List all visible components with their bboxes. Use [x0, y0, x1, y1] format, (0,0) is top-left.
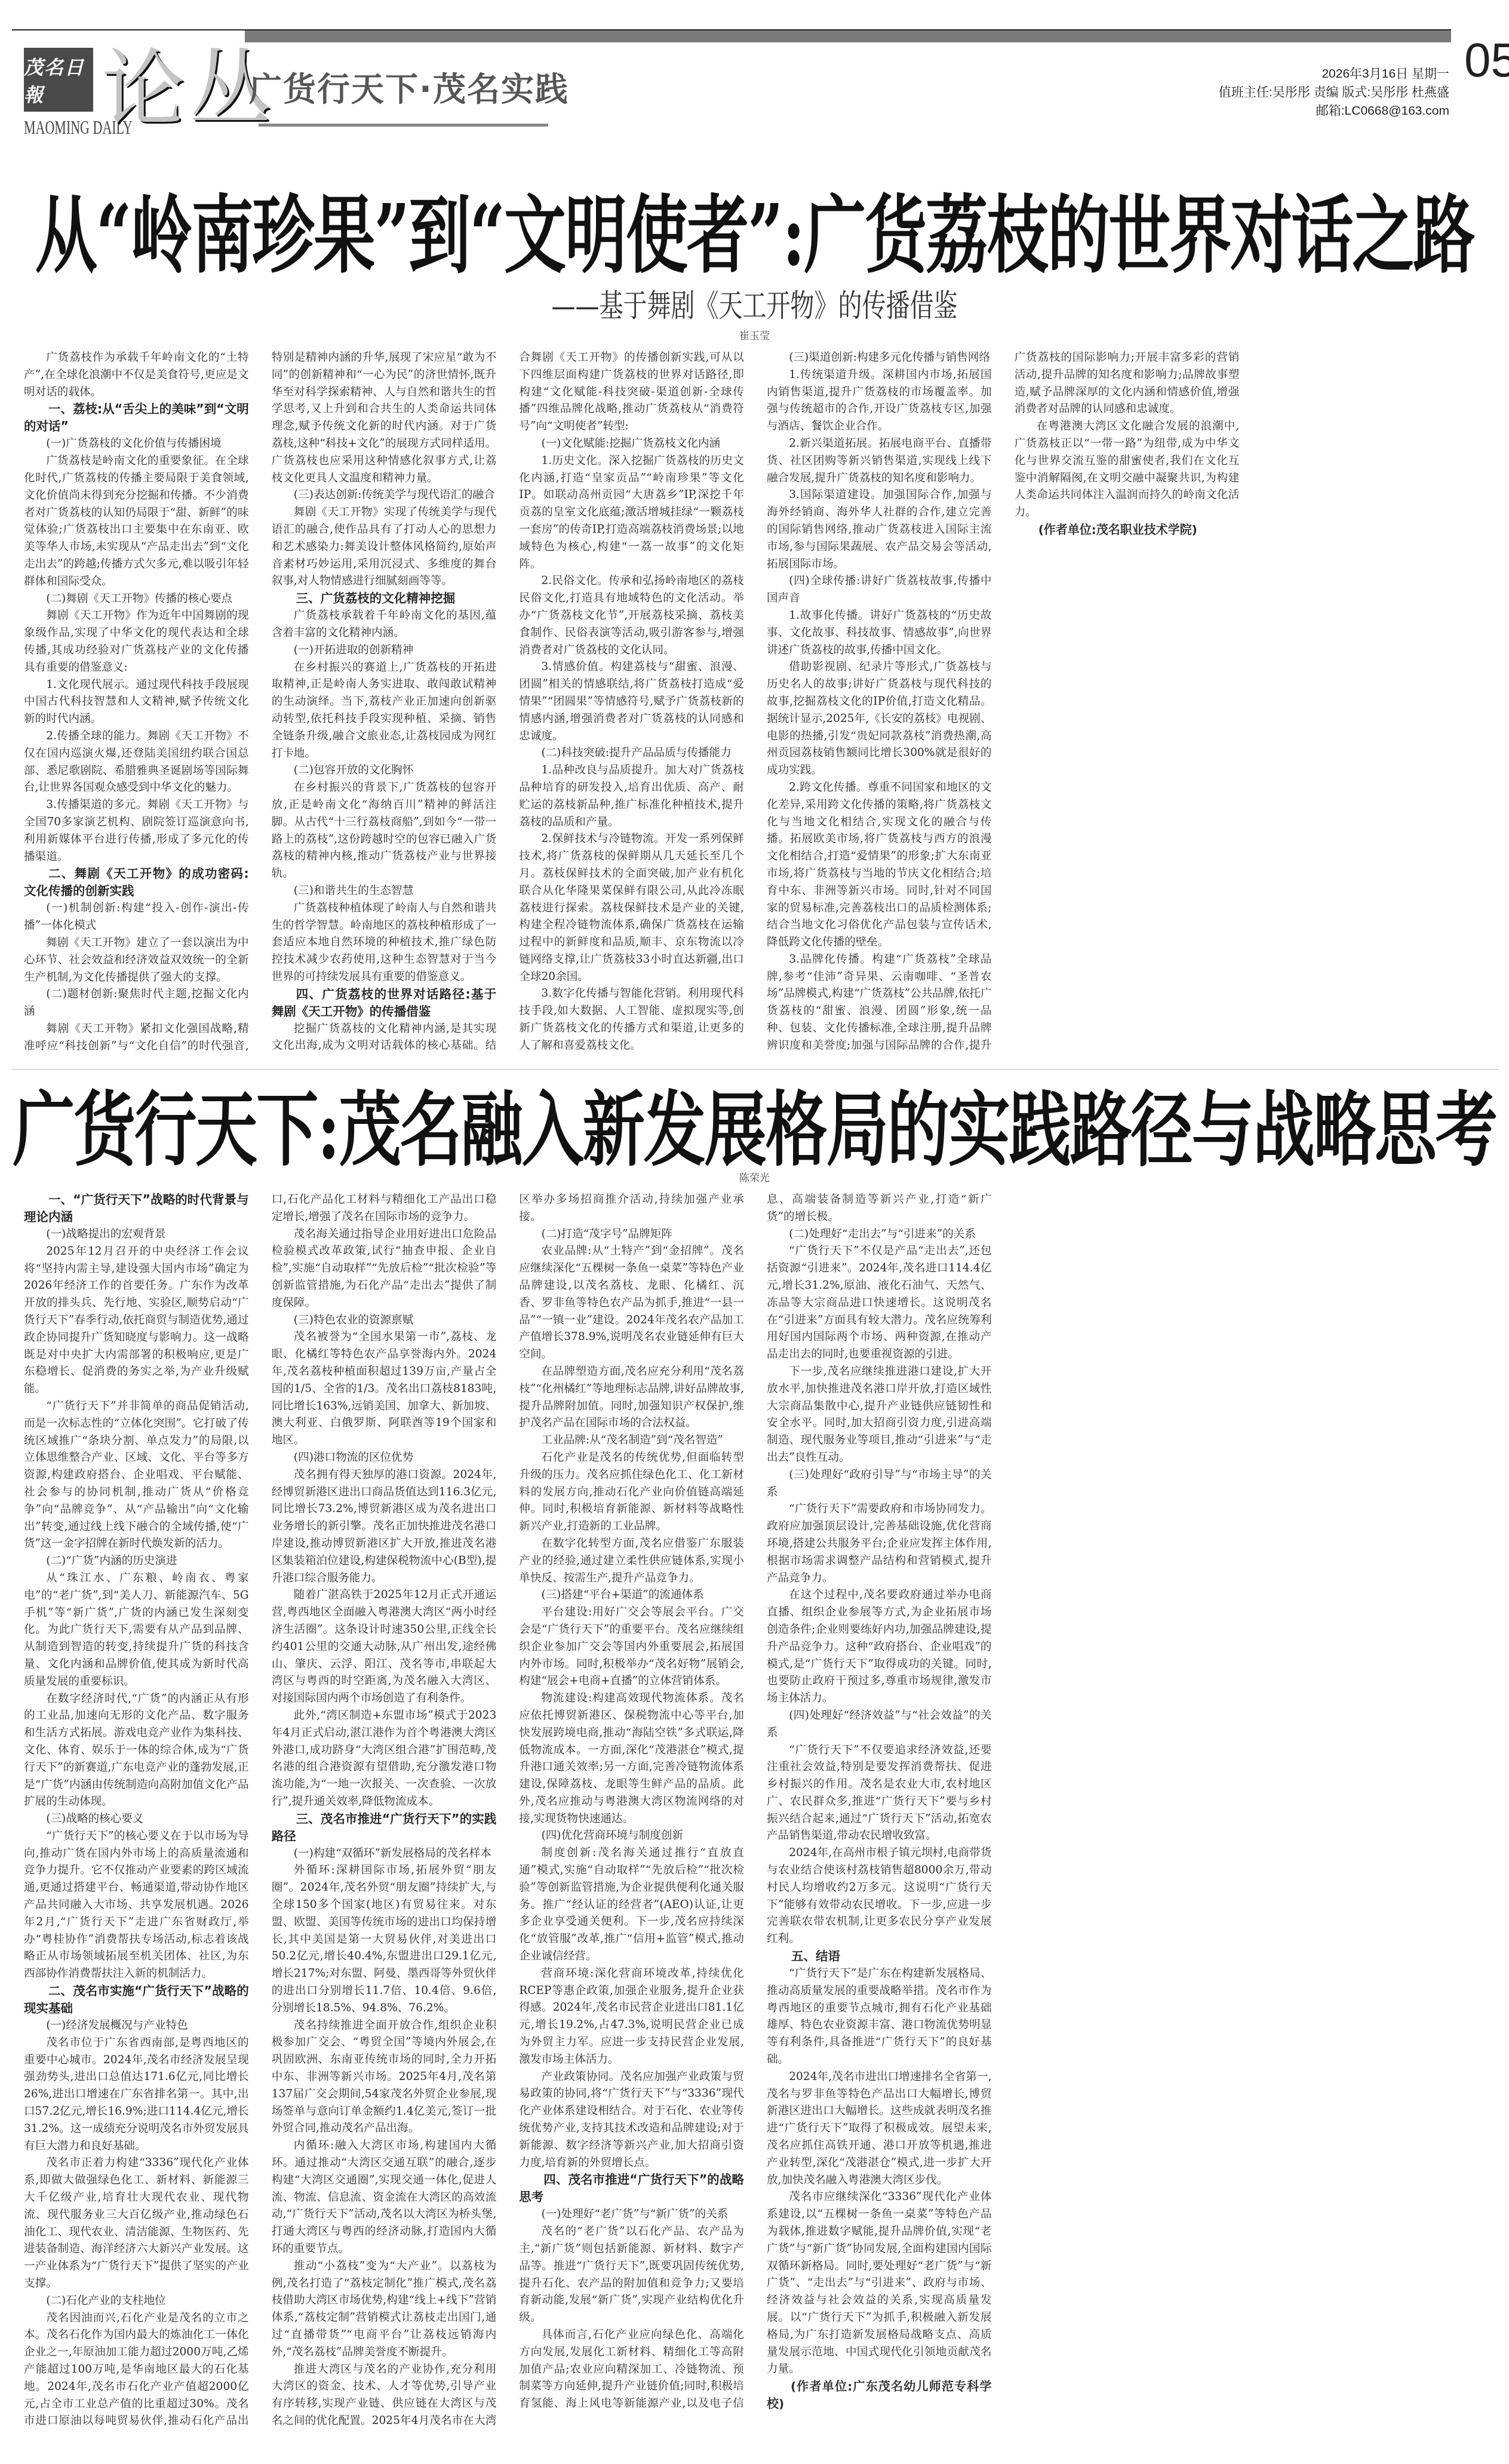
article2-paragraph: 产业政策协同。茂名应加强产业政策与贸易政策的协同,将“广货行天下”与“3336”… — [519, 2069, 744, 2172]
article1-section-heading: 四、广货荔枝的世界对话路径:基于舞剧《天工开物》的传播借鉴 — [272, 986, 497, 1021]
header-band — [245, 30, 1451, 42]
article2-paragraph: 工业品牌:从“茂名制造”到“茂名智造” — [519, 1432, 744, 1449]
article2-paragraph: 在品牌塑造方面,茂名应充分利用“茂名荔枝”“化州橘红”等地理标志品牌,讲好品牌故… — [519, 1363, 744, 1432]
article2-subheading: (三)特色农业的资源禀赋 — [272, 1312, 497, 1329]
article1-subheading: (三)渠道创新:构建多元化传播与销售网络 — [767, 349, 992, 367]
column-name: 广货行天下·茂名实践 — [248, 63, 570, 110]
article1-paragraph: 2.民俗文化。传承和弘扬岭南地区的荔枝民俗文化,打造具有地域特色的文化活动。举办… — [519, 573, 744, 659]
article1-section-heading: 三、广货荔枝的文化精神挖掘 — [272, 590, 497, 607]
article1-subheading: (一)文化赋能:挖掘广货荔枝文化内涵 — [519, 435, 744, 453]
contact-email: 邮箱:LC0668@163.com — [1219, 102, 1449, 120]
article1-section-heading: 二、舞剧《天工开物》的成功密码:文化传播的创新实践 — [24, 865, 249, 900]
article1-paragraph: 广货荔枝作为承载千年岭南文化的“土特产”,在全球化浪潮中不仅是美食符号,更应是文… — [24, 349, 249, 401]
article2-subheading: (一)构建“双循环”新发展格局的茂名样本 — [272, 1845, 497, 1863]
article2-paragraph: 石化产业是茂名的传统优势,但面临转型升级的压力。茂名应抓住绿色化工、化工新材料的… — [519, 1449, 744, 1535]
article2-subheading: (四)处理好“经济效益”与“社会效益”的关系 — [767, 1707, 992, 1742]
article1-paragraph: 借助影视剧、纪录片等形式,广货荔枝与历史名人的故事;讲好广货荔枝与现代科技的故事… — [767, 659, 992, 779]
logo-text: 茂名日報 — [24, 53, 93, 107]
article2-subheading: (二)打造“茂字号”品牌矩阵 — [519, 1226, 744, 1243]
article1-title: 从“岭南珍果”到“文明使者”:广货荔枝的世界对话之路 — [0, 179, 1509, 292]
article1-paragraph: 舞剧《天工开物》建立了一套以演出为中心环节、社会效益和经济效益双效统一的全新生产… — [24, 935, 249, 986]
article1-paragraph: 1.历史文化。深入挖掘广货荔枝的历史文化内涵,打造“皇家贡品”“岭南珍果”等文化… — [519, 453, 744, 573]
article1-subheading: (一)机制创新:构建“投入-创作-演出-传播”一体化模式 — [24, 900, 249, 935]
article1-paragraph: 在乡村振兴的赛道上,广货荔枝的开拓进取精神,正是岭南人务实进取、敢闯敢试精神的生… — [272, 659, 497, 763]
page-meta: 2026年3月16日 星期一 值班主任:吴彤彤 责编 版式:吴彤彤 杜燕盛 邮箱… — [1219, 64, 1449, 120]
article2-paragraph: 在这个过程中,茂名要政府通过举办电商直播、组织企业参展等方式,为企业拓展市场创造… — [767, 1587, 992, 1707]
article1-paragraph: 舞剧《天工开物》作为近年中国舞剧的现象级作品,实现了中华文化的现代表达和全球传播… — [24, 607, 249, 676]
article1-paragraph: 在乡村振兴的背景下,广货荔枝的包容开放,正是岭南文化“海纳百川”精神的鲜活注脚。… — [272, 779, 497, 883]
issue-date: 2026年3月16日 星期一 — [1219, 64, 1449, 83]
article2-paragraph: 茂名市位于广东省西南部,是粤西地区的重要中心城市。2024年,茂名市经济发展呈现… — [24, 2035, 249, 2155]
article1-paragraph: 3.情感价值。构建荔枝与“甜蜜、浪漫、团圆”相关的情感联结,将广货荔枝打造成“爱… — [519, 659, 744, 745]
article2-section-heading: 二、茂名市实施“广货行天下”战略的现实基础 — [24, 1983, 249, 2017]
article2-subheading: (三)搭建“平台+渠道”的流通体系 — [519, 1587, 744, 1604]
article1-paragraph: 舞剧《天工开物》实现了传统美学与现代语汇的融合,使作品具有了打动人心的思想力和艺… — [272, 504, 497, 590]
newspaper-logo: 茂名日報 — [24, 48, 93, 112]
article2-paragraph: 物流建设:构建高效现代物流体系。茂名应依托博贸新港区、保税物流中心等平台,加快发… — [519, 1690, 744, 1827]
article2-paragraph: 2025年12月召开的中央经济工作会议将“坚持内需主导,建设强大国内市场”确定为… — [24, 1243, 249, 1398]
article2-paragraph: 茂名拥有得天独厚的港口资源。2024年,经博贸新港区进出口商品货值达到116.3… — [272, 1467, 497, 1587]
article2-paragraph: “广货行天下”的核心要义在于以市场为导向,推动广货在国内外市场上的高质量流通和竞… — [24, 1828, 249, 1983]
article2-paragraph: 制度创新:茂名海关通过推行“直放直通”模式,实施“自动取样”“先放后检”“批次检… — [519, 1845, 744, 1965]
article1-subtitle: ——基于舞剧《天工开物》的传播借鉴 — [0, 285, 1509, 328]
article1-subheading: (二)题材创新:聚焦时代主题,挖掘文化内涵 — [24, 986, 249, 1021]
article2-paragraph: 茂名的“老广货”以石化产品、农产品为主,“新广货”则包括新能源、新材料、数字产品… — [519, 2223, 744, 2327]
article2-subheading: (一)处理好“老广货”与“新广货”的关系 — [519, 2206, 744, 2223]
article1-paragraph: 2.传播全球的能力。舞剧《天工开物》不仅在国内巡演火爆,还登陆美国纽约联合国总部… — [24, 728, 249, 797]
article2-section-heading: 一、“广货行天下”战略的时代背景与理论内涵 — [24, 1191, 249, 1226]
article2-paragraph: 平台建设:用好广交会等展会平台。广交会是“广货行天下”的重要平台。茂名应继续组织… — [519, 1604, 744, 1690]
article2-section-heading: 五、结语 — [767, 1948, 992, 1965]
article1-paragraph: 2.新兴渠道拓展。拓展电商平台、直播带货、社区团购等新兴销售渠道,实现线上线下融… — [767, 435, 992, 487]
article2-body: 一、“广货行天下”战略的时代背景与理论内涵(一)战略提出的宏观背景2025年12… — [24, 1191, 1487, 2445]
article2-paragraph: 茂名市应继续深化“3336”现代化产业体系建设,以“五棵树一条鱼一桌菜”等特色产… — [767, 2189, 992, 2378]
article2-section-heading: 四、茂名市推进“广货行天下”的战略思考 — [519, 2171, 744, 2206]
article2-subheading: (二)石化产业的支柱地位 — [24, 2293, 249, 2310]
article2-paragraph: 2024年,茂名市进出口增速排名全省第一,茂名与罗非鱼等特色产品出口大幅增长,博… — [767, 2069, 992, 2189]
editors: 值班主任:吴彤彤 责编 版式:吴彤彤 杜燕盛 — [1219, 83, 1449, 102]
article1-subheading: (四)全球传播:讲好广货荔枝故事,传播中国声音 — [767, 573, 992, 607]
article1-section-heading: 一、荔枝:从“舌尖上的美味”到“文明的对话” — [24, 401, 249, 435]
article2-byline: 陈荣光 — [0, 1169, 1509, 1184]
article1-paragraph: 1.传统渠道升级。深耕国内市场,拓展国内销售渠道,提升广货荔枝的市场覆盖率。加强… — [767, 367, 992, 435]
article-divider — [12, 1069, 1499, 1070]
article2-author-affiliation: (作者单位:广东茂名幼儿师范专科学校) — [767, 2378, 992, 2413]
article1-byline: 崔玉莹 — [0, 327, 1509, 342]
article1-subheading: (一)广货荔枝的文化价值与传播困境 — [24, 435, 249, 453]
article1-paragraph: 在粤港澳大湾区文化融合发展的浪潮中,广货荔枝正以“一带一路”为纽带,成为中华文化… — [1015, 418, 1240, 521]
article1-paragraph: 3.数字化传播与智能化营销。利用现代科技手段,如大数据、人工智能、虚拟现实等,创… — [519, 985, 744, 1054]
article2-subheading: (四)优化营商环境与制度创新 — [519, 1827, 744, 1845]
article1-paragraph: 1.品种改良与品质提升。加大对广货荔枝品种培育的研发投入,培育出优质、高产、耐贮… — [519, 762, 744, 831]
article2-paragraph: 随着广湛高铁于2025年12月正式开通运营,粤西地区全面融入粤港澳大湾区“两小时… — [272, 1587, 497, 1707]
article1-subheading: (二)科技突破:提升产品品质与传播能力 — [519, 745, 744, 762]
article1-subheading: (三)和谐共生的生态智慧 — [272, 883, 497, 900]
article1-paragraph: 3.国际渠道建设。加强国际合作,加强与海外经销商、海外华人社群的合作,建立完善的… — [767, 487, 992, 573]
article2-subheading: (二)“广货”内涵的历史演进 — [24, 1553, 249, 1570]
article2-paragraph: 农业品牌:从“土特产”到“金招牌”。茂名应继续深化“五棵树一条鱼一桌菜”等特色产… — [519, 1243, 744, 1363]
article1-paragraph: 广货荔枝是岭南文化的重要象征。在全球化时代,广货荔枝的传播主要局限于美食领域,文… — [24, 453, 249, 590]
article2-section-heading: 三、茂名市推进“广货行天下”的实践路径 — [272, 1811, 497, 1845]
article2-paragraph: “广货行天下”不仅是产品“走出去”,还包括资源“引进来”。2024年,茂名进口1… — [767, 1243, 992, 1363]
article2-paragraph: “广货行天下”不仅要追求经济效益,还要注重社会效益,特别是要发挥消费帮扶、促进乡… — [767, 1742, 992, 1845]
article2-paragraph: 2024年,在高州市根子镇元坝村,电商带货与农业结合使该村荔枝销售超8000余万… — [767, 1845, 992, 1948]
article2-paragraph: 在数字化转型方面,茂名应借鉴广东服装产业的经验,通过建立柔性供应链体系,实现小单… — [519, 1535, 744, 1587]
article2-paragraph: “广货行天下”并非简单的商品促销活动,而是一次标志性的“立体化突围”。它打破了传… — [24, 1398, 249, 1553]
article2-paragraph: 此外,“湾区制造+东盟市场”模式于2023年4月正式启动,湛江港作为首个粤港澳大… — [272, 1707, 497, 1811]
article1-paragraph: 1.文化现代展示。通过现代科技手段展现中国古代科技智慧和人文精神,赋予传统文化新… — [24, 677, 249, 728]
article1-author-affiliation: (作者单位:茂名职业技术学院) — [1015, 521, 1240, 539]
article2-subheading: (三)处理好“政府引导”与“市场主导”的关系 — [767, 1467, 992, 1501]
article2-paragraph: “广货行天下”是广东在构建新发展格局、推动高质量发展的重要战略举措。茂名市作为粤… — [767, 1965, 992, 2069]
article2-paragraph: 内循环:融入大湾区市场,构建国内大循环。通过推动“大湾区交通互联”的融合,逐步构… — [272, 2137, 497, 2258]
article2-paragraph: 茂名被誉为“全国水果第一市”,荔枝、龙眼、化橘红等特色农产品享誉海内外。2024… — [272, 1329, 497, 1449]
article2-paragraph: 茂名海关通过指导企业用好进出口危险品检验模式改革政策,试行“抽查申报、企业自检”… — [272, 1226, 497, 1312]
article1-paragraph: 2.跨文化传播。尊重不同国家和地区的文化差异,采用跨文化传播的策略,将广货荔枝文… — [767, 779, 992, 951]
article1-subheading: (二)舞剧《天工开物》传播的核心要点 — [24, 591, 249, 608]
article2-paragraph: 外循环:深耕国际市场,拓展外贸“朋友圈”。2024年,茂名外贸“朋友圈”持续扩大… — [272, 1862, 497, 2017]
article1-subheading: (一)开拓进取的创新精神 — [272, 642, 497, 659]
article1-paragraph: 广货荔枝种植体现了岭南人与自然和谐共生的哲学智慧。岭南地区的荔枝种植形成了一套适… — [272, 900, 497, 986]
article2-paragraph: 在数字经济时代,“广货”的内涵正从有形的工业品,加速向无形的文化产品、数字服务和… — [24, 1691, 249, 1811]
article1-body: 广货荔枝作为承载千年岭南文化的“土特产”,在全球化浪潮中不仅是美食符号,更应是文… — [24, 349, 1487, 1063]
article2-title: 广货行天下:茂名融入新发展格局的实践路径与战略思考 — [0, 1080, 1509, 1181]
article1-paragraph: 1.故事化传播。讲好广货荔枝的“历史故事、文化故事、科技故事、情感故事”,向世界… — [767, 607, 992, 659]
article1-paragraph: 广货荔枝承载着千年岭南文化的基因,蕴含着丰富的文化精神内涵。 — [272, 607, 497, 642]
column-name-underline — [259, 124, 548, 127]
article2-paragraph: 茂名市正着力构建“3336”现代化产业体系,即做大做强绿色化工、新材料、新能源三… — [24, 2155, 249, 2292]
article2-paragraph: 推动“小荔枝”变为“大产业”。以荔枝为例,茂名打造了“荔枝定制化”推广模式,茂名… — [272, 2258, 497, 2361]
article2-subheading: (三)战略的核心要义 — [24, 1811, 249, 1828]
article2-paragraph: 下一步,茂名应继续推进港口建设,扩大开放水平,加快推进茂名港口岸开放,打造区域性… — [767, 1363, 992, 1467]
article1-subheading: (三)表达创新:传统美学与现代语汇的融合 — [272, 487, 497, 504]
article2-subheading: (一)经济发展概况与产业特色 — [24, 2017, 249, 2035]
article2-subheading: (四)港口物流的区位优势 — [272, 1449, 497, 1467]
article2-paragraph: 茂名持续推进全面开放合作,组织企业积极参加广交会、“粤贸全国”等境内外展会,在巩… — [272, 2017, 497, 2138]
article2-paragraph: 营商环境:深化营商环境改革,持续优化RCEP等惠企政策,加强企业服务,提升企业获… — [519, 1965, 744, 2069]
article2-paragraph: “广货行天下”需要政府和市场协同发力。政府应加强顶层设计,完善基础设施,优化营商… — [767, 1501, 992, 1587]
page-number: 05 — [1464, 33, 1509, 88]
article1-paragraph: 3.传播渠道的多元。舞剧《天工开物》与全国70多家演艺机构、剧院签订巡演意向书,… — [24, 797, 249, 865]
article1-paragraph: 2.保鲜技术与冷链物流。开发一系列保鲜技术,将广货荔枝的保鲜期从几天延长至几个月… — [519, 831, 744, 985]
article2-subheading: (二)处理好“走出去”与“引进来”的关系 — [767, 1226, 992, 1243]
article2-paragraph: 从“珠江水、广东粮、岭南衣、粤家电”的“老广货”,到“美人刀、新能源汽车、5G手… — [24, 1570, 249, 1691]
article2-subheading: (一)战略提出的宏观背景 — [24, 1226, 249, 1243]
article1-subheading: (二)包容开放的文化胸怀 — [272, 762, 497, 779]
